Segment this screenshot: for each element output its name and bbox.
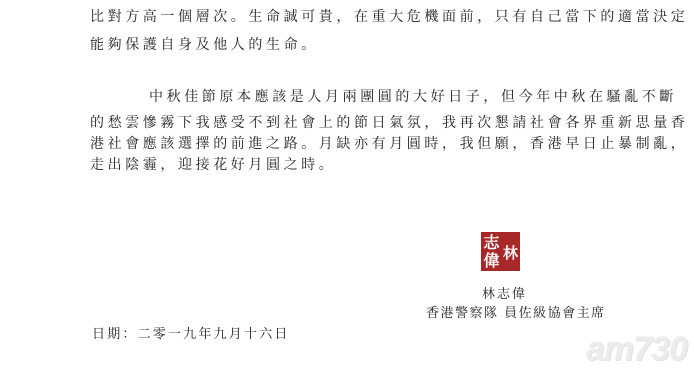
letter-document: 比對方高一個層次。生命誠可貴，在重大危機面前，只有自己當下的適當決定 能夠保護自… — [0, 0, 694, 381]
paragraph-2-line-4: 走出陰霾，迎接花好月圓之時。 — [90, 156, 336, 174]
paragraph-2-line-3: 港社會應該選擇的前進之路。月缺亦有月圓時，我但願，香港早日止暴制亂， — [90, 135, 688, 153]
paragraph-2-line-1: 中秋佳節原本應該是人月兩團圓的大好日子，但今年中秋在騷亂不斷 — [149, 88, 677, 106]
red-seal-stamp: 志 林 偉 — [481, 232, 520, 271]
signatory-title: 香港警察隊 員佐級協會主席 — [426, 302, 606, 321]
letter-date: 日期：二零一九年九月十六日 — [92, 323, 290, 342]
paragraph-1-line-2: 能夠保護自身及他人的生命。 — [90, 36, 319, 54]
watermark-logo: am730 — [586, 330, 687, 369]
signatory-name: 林志偉 — [482, 283, 527, 302]
paragraph-2-line-2: 的愁雲慘霧下我感受不到社會上的節日氣氛，我再次懇請社會各界重新思量香 — [90, 114, 688, 132]
seal-char-3: 林 — [501, 234, 518, 269]
seal-char-1: 志 — [483, 234, 500, 251]
seal-char-2: 偉 — [483, 252, 500, 269]
paragraph-1-line-1: 比對方高一個層次。生命誠可貴，在重大危機面前，只有自己當下的適當決定 — [90, 8, 688, 26]
